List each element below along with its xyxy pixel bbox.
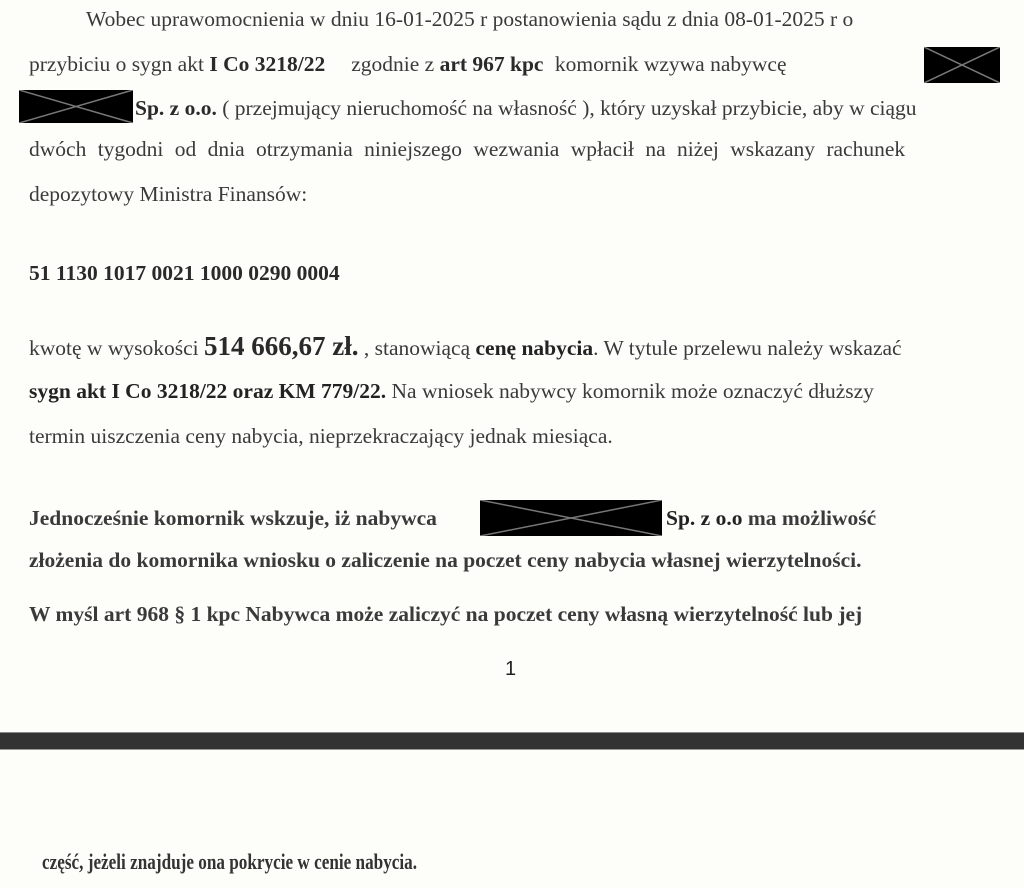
company-suffix: Sp. z o.o <box>666 506 742 530</box>
text: W myśl art 968 § 1 kpc Nabywca może zali… <box>29 602 862 626</box>
company-suffix: Sp. z o.o. <box>135 96 217 120</box>
text: kwotę w wysokości <box>29 336 204 360</box>
document-page-1: Wobec uprawomocnienia w dniu 16-01-2025 … <box>0 0 1024 732</box>
article-ref: art 967 kpc <box>440 52 544 76</box>
text: Jednocześnie komornik wskzuje, iż nabywc… <box>29 506 437 530</box>
redacted-name-box <box>924 47 1000 83</box>
para3-line3: W myśl art 968 § 1 kpc Nabywca może zali… <box>29 600 862 628</box>
text: Na wniosek nabywcy komornik może oznaczy… <box>386 379 874 403</box>
text: . W tytule przelewu należy wskazać <box>593 336 901 360</box>
purchase-price-label: cenę nabycia <box>476 336 594 360</box>
case-number: I Co 3218/22 <box>209 52 325 76</box>
text: złożenia do komornika wniosku o zaliczen… <box>29 548 861 572</box>
page-separator <box>0 732 1024 750</box>
para1-line2: przybiciu o sygn akt I Co 3218/22zgodnie… <box>29 50 787 78</box>
document-page-2: część, jeżeli znajduje ona pokrycie w ce… <box>0 750 1024 888</box>
page-number: 1 <box>505 658 516 681</box>
bank-account-number: 51 1130 1017 0021 1000 0290 0004 <box>29 259 340 287</box>
para1-line5: depozytowy Ministra Finansów: <box>29 180 307 208</box>
cross-icon <box>19 90 133 123</box>
cross-icon <box>480 500 662 536</box>
text: ( przejmujący nieruchomość na własność )… <box>217 96 917 120</box>
para3-line1: Jednocześnie komornik wskzuje, iż nabywc… <box>29 504 437 532</box>
para2-line3: termin uiszczenia ceny nabycia, nieprzek… <box>29 422 613 450</box>
redacted-name-box <box>19 90 133 123</box>
account-number: 51 1130 1017 0021 1000 0290 0004 <box>29 261 340 285</box>
text: część, jeżeli znajduje ona pokrycie w ce… <box>42 849 417 874</box>
para1-line3: Sp. z o.o. ( przejmujący nieruchomość na… <box>135 94 917 122</box>
para2-line1: kwotę w wysokości 514 666,67 zł. , stano… <box>29 332 902 362</box>
cross-icon <box>924 47 1000 83</box>
text: dwóch tygodni od dnia otrzymania niniejs… <box>29 135 905 163</box>
text: Wobec uprawomocnienia w dniu 16-01-2025 … <box>86 7 853 31</box>
para1-line4: dwóch tygodni od dnia otrzymania niniejs… <box>29 135 994 163</box>
page2-line1: część, jeżeli znajduje ona pokrycie w ce… <box>42 848 417 876</box>
para3-line2: złożenia do komornika wniosku o zaliczen… <box>29 546 861 574</box>
para3-line1-end: Sp. z o.o ma możliwość <box>666 504 876 532</box>
text: ma możliwość <box>742 506 876 530</box>
text: zgodnie z <box>351 52 439 76</box>
case-references: sygn akt I Co 3218/22 oraz KM 779/22. <box>29 379 386 403</box>
text: termin uiszczenia ceny nabycia, nieprzek… <box>29 424 613 448</box>
redacted-name-box <box>480 500 662 536</box>
text: depozytowy Ministra Finansów: <box>29 182 307 206</box>
text: , stanowiącą <box>358 336 475 360</box>
para2-line2: sygn akt I Co 3218/22 oraz KM 779/22. Na… <box>29 377 874 405</box>
para1-line1: Wobec uprawomocnienia w dniu 16-01-2025 … <box>86 5 1000 33</box>
amount: 514 666,67 zł. <box>204 331 359 361</box>
text: przybiciu o sygn akt <box>29 52 209 76</box>
text: komornik wzywa nabywcę <box>549 52 786 76</box>
